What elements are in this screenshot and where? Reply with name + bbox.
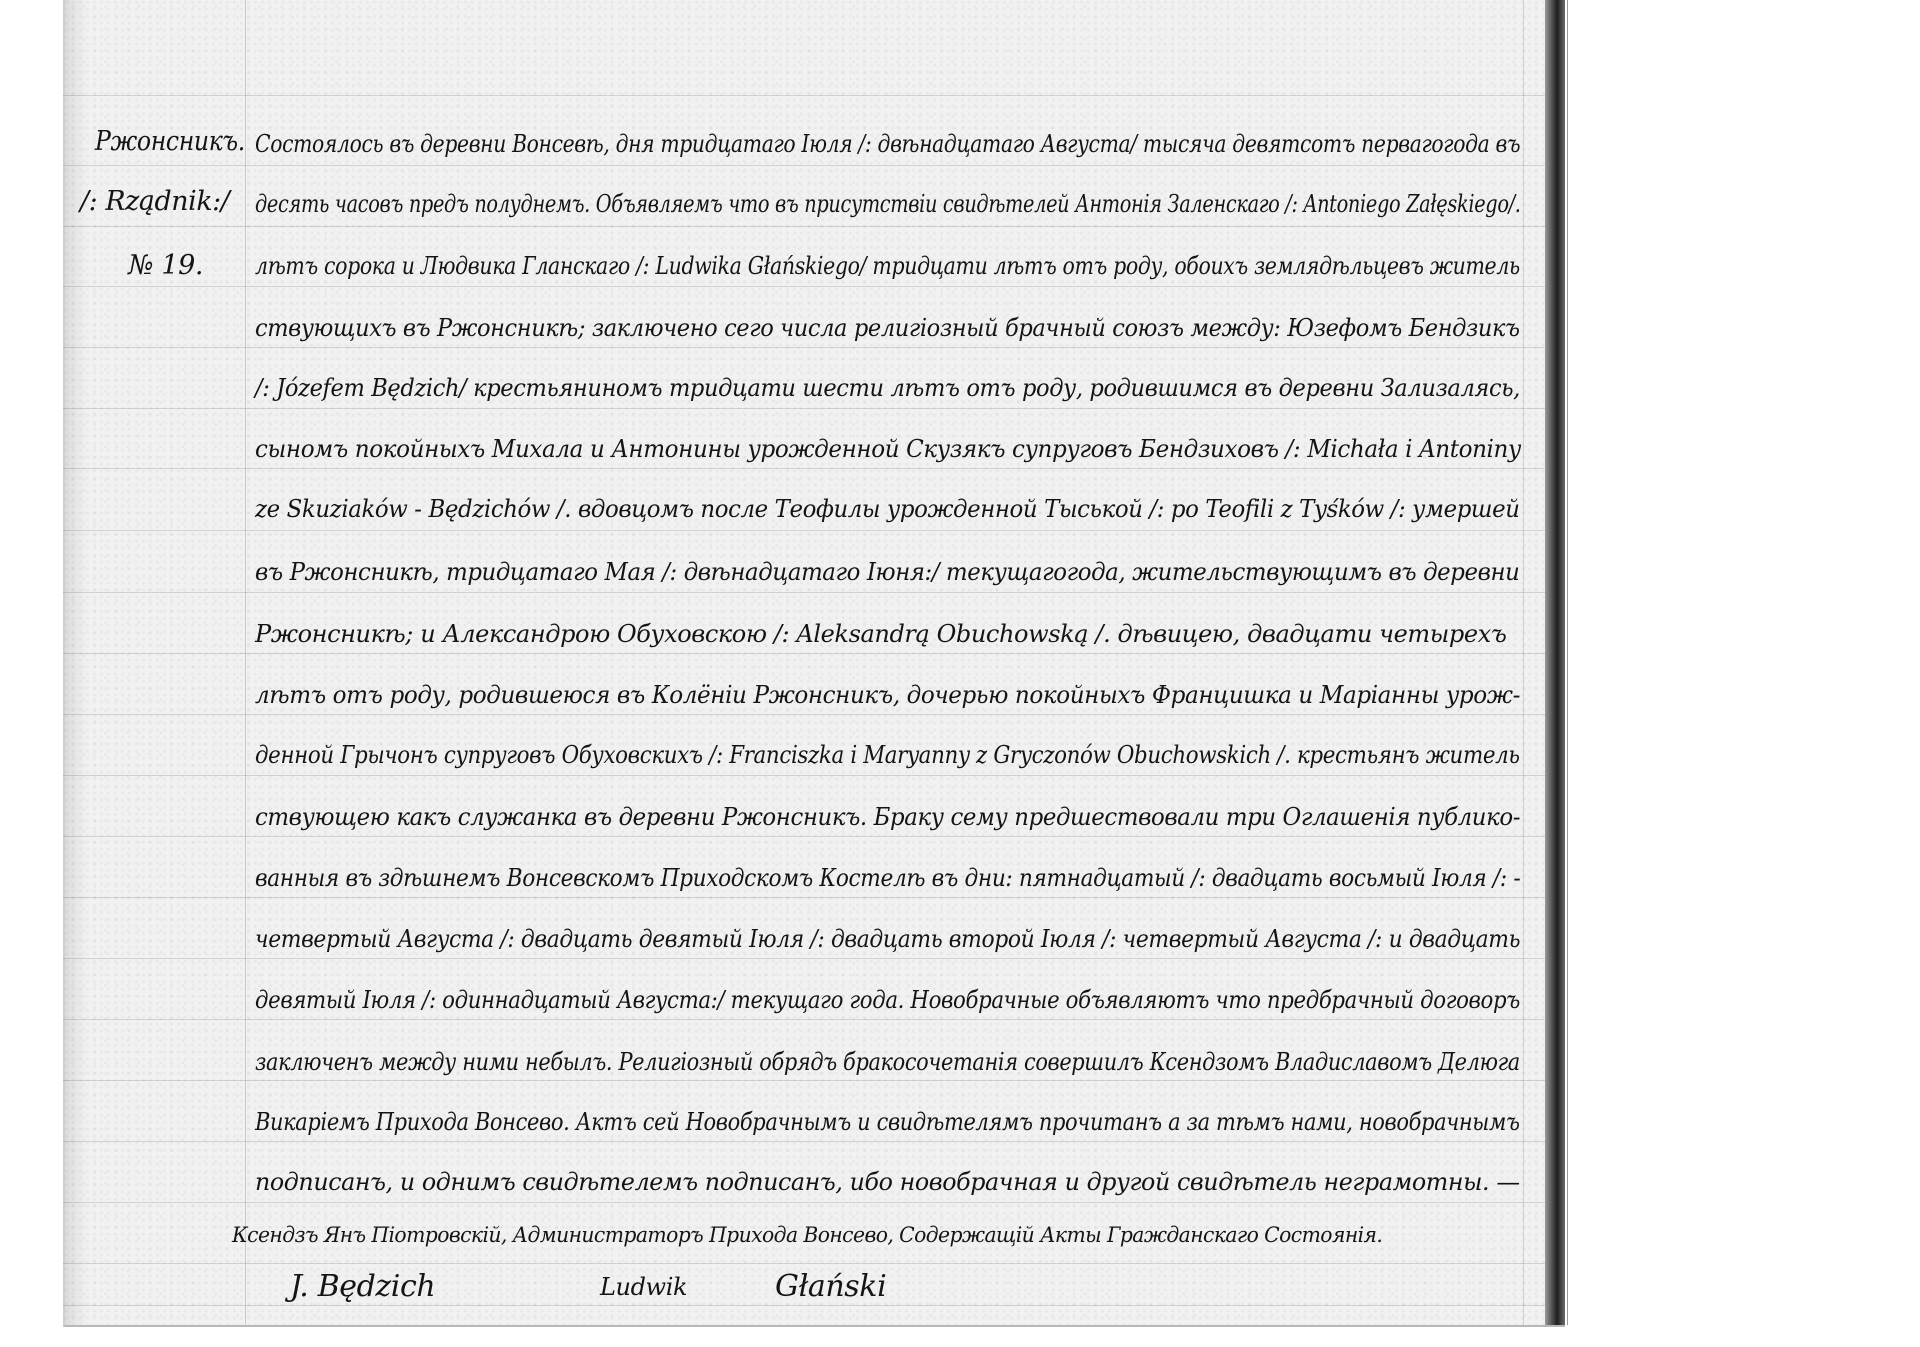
record-line-8: въ Ржонсникѣ, тридцатаго Мая /: двѣнадца…	[255, 560, 1519, 584]
ruled-line	[63, 897, 1545, 898]
ruled-line	[63, 468, 1545, 469]
right-column-rule	[1523, 0, 1524, 1325]
signature-witness-2: Głański	[775, 1272, 886, 1302]
ruled-line	[63, 775, 1545, 776]
record-line-13: ванныя въ здѣшнемъ Вонсевскомъ Приходско…	[255, 866, 1520, 890]
ruled-line	[63, 286, 1545, 287]
record-line-4: ствующихъ въ Ржонсникѣ; заключено сего ч…	[255, 316, 1520, 340]
ruled-line	[63, 714, 1545, 715]
margin-column-rule	[245, 0, 246, 1325]
ruled-line	[63, 1202, 1545, 1203]
ruled-line	[63, 1080, 1545, 1081]
record-line-6: сыномъ покойныхъ Михала и Антонины урожд…	[255, 437, 1521, 461]
ruled-line	[63, 95, 1545, 96]
book-binding-edge	[1545, 0, 1565, 1325]
officiant-closing-line: Ксендзъ Янъ Піотровскій, Администраторъ …	[232, 1225, 1382, 1246]
record-line-3: лѣтъ сорока и Людвика Гланскаго /: Ludwi…	[255, 254, 1520, 278]
ruled-line	[63, 1019, 1545, 1020]
record-line-7: ze Skuziaków - Będzichów /. вдовцомъ пос…	[255, 497, 1520, 521]
record-line-17: Викаріемъ Прихода Вонсево. Актъ сей Ново…	[255, 1110, 1520, 1134]
record-line-1: Состоялось въ деревни Вонсевѣ, дня тридц…	[255, 132, 1520, 156]
ruled-line	[63, 530, 1545, 531]
ruled-line	[63, 1141, 1545, 1142]
record-line-18: подписанъ, и однимъ свидѣтелемъ подписан…	[255, 1170, 1520, 1194]
margin-place-name-polish: /: Rządnik:/	[80, 188, 229, 215]
margin-place-name: Ржонсникъ.	[95, 128, 245, 155]
book-binding-edge-line	[1567, 0, 1568, 1325]
record-line-5: /: Józefem Będzich/ крестьяниномъ тридца…	[255, 376, 1520, 400]
ruled-line	[63, 165, 1545, 166]
ruled-line	[63, 226, 1545, 227]
signature-groom: J. Będzich	[290, 1272, 435, 1302]
record-line-14: четвертый Августа /: двадцать девятый Ію…	[255, 927, 1520, 951]
signature-witness-1: Ludwik	[600, 1275, 687, 1299]
ruled-line	[63, 1305, 1545, 1306]
ruled-line	[63, 653, 1545, 654]
ruled-line	[63, 592, 1545, 593]
ruled-line	[63, 958, 1545, 959]
record-line-16: заключенъ между ними небылъ. Религіозный…	[255, 1050, 1520, 1074]
margin-entry-number: № 19.	[128, 252, 203, 279]
ruled-line	[63, 1263, 1545, 1264]
record-line-9: Ржонсникѣ; и Александрою Обуховскою /: A…	[255, 622, 1506, 646]
record-line-11: денной Грычонъ супруговъ Обуховскихъ /: …	[255, 743, 1520, 767]
record-line-2: десять часовъ предъ полуднемъ. Объявляем…	[255, 192, 1521, 216]
ruled-line	[63, 347, 1545, 348]
record-line-12: ствующею какъ служанка въ деревни Ржонсн…	[255, 805, 1520, 829]
ruled-line	[63, 836, 1545, 837]
ruled-line	[63, 408, 1545, 409]
record-line-10: лѣтъ отъ роду, родившеюся въ Колёніи Ржо…	[255, 683, 1520, 707]
record-line-15: девятый Іюля /: одиннадцатый Августа:/ т…	[255, 988, 1520, 1012]
